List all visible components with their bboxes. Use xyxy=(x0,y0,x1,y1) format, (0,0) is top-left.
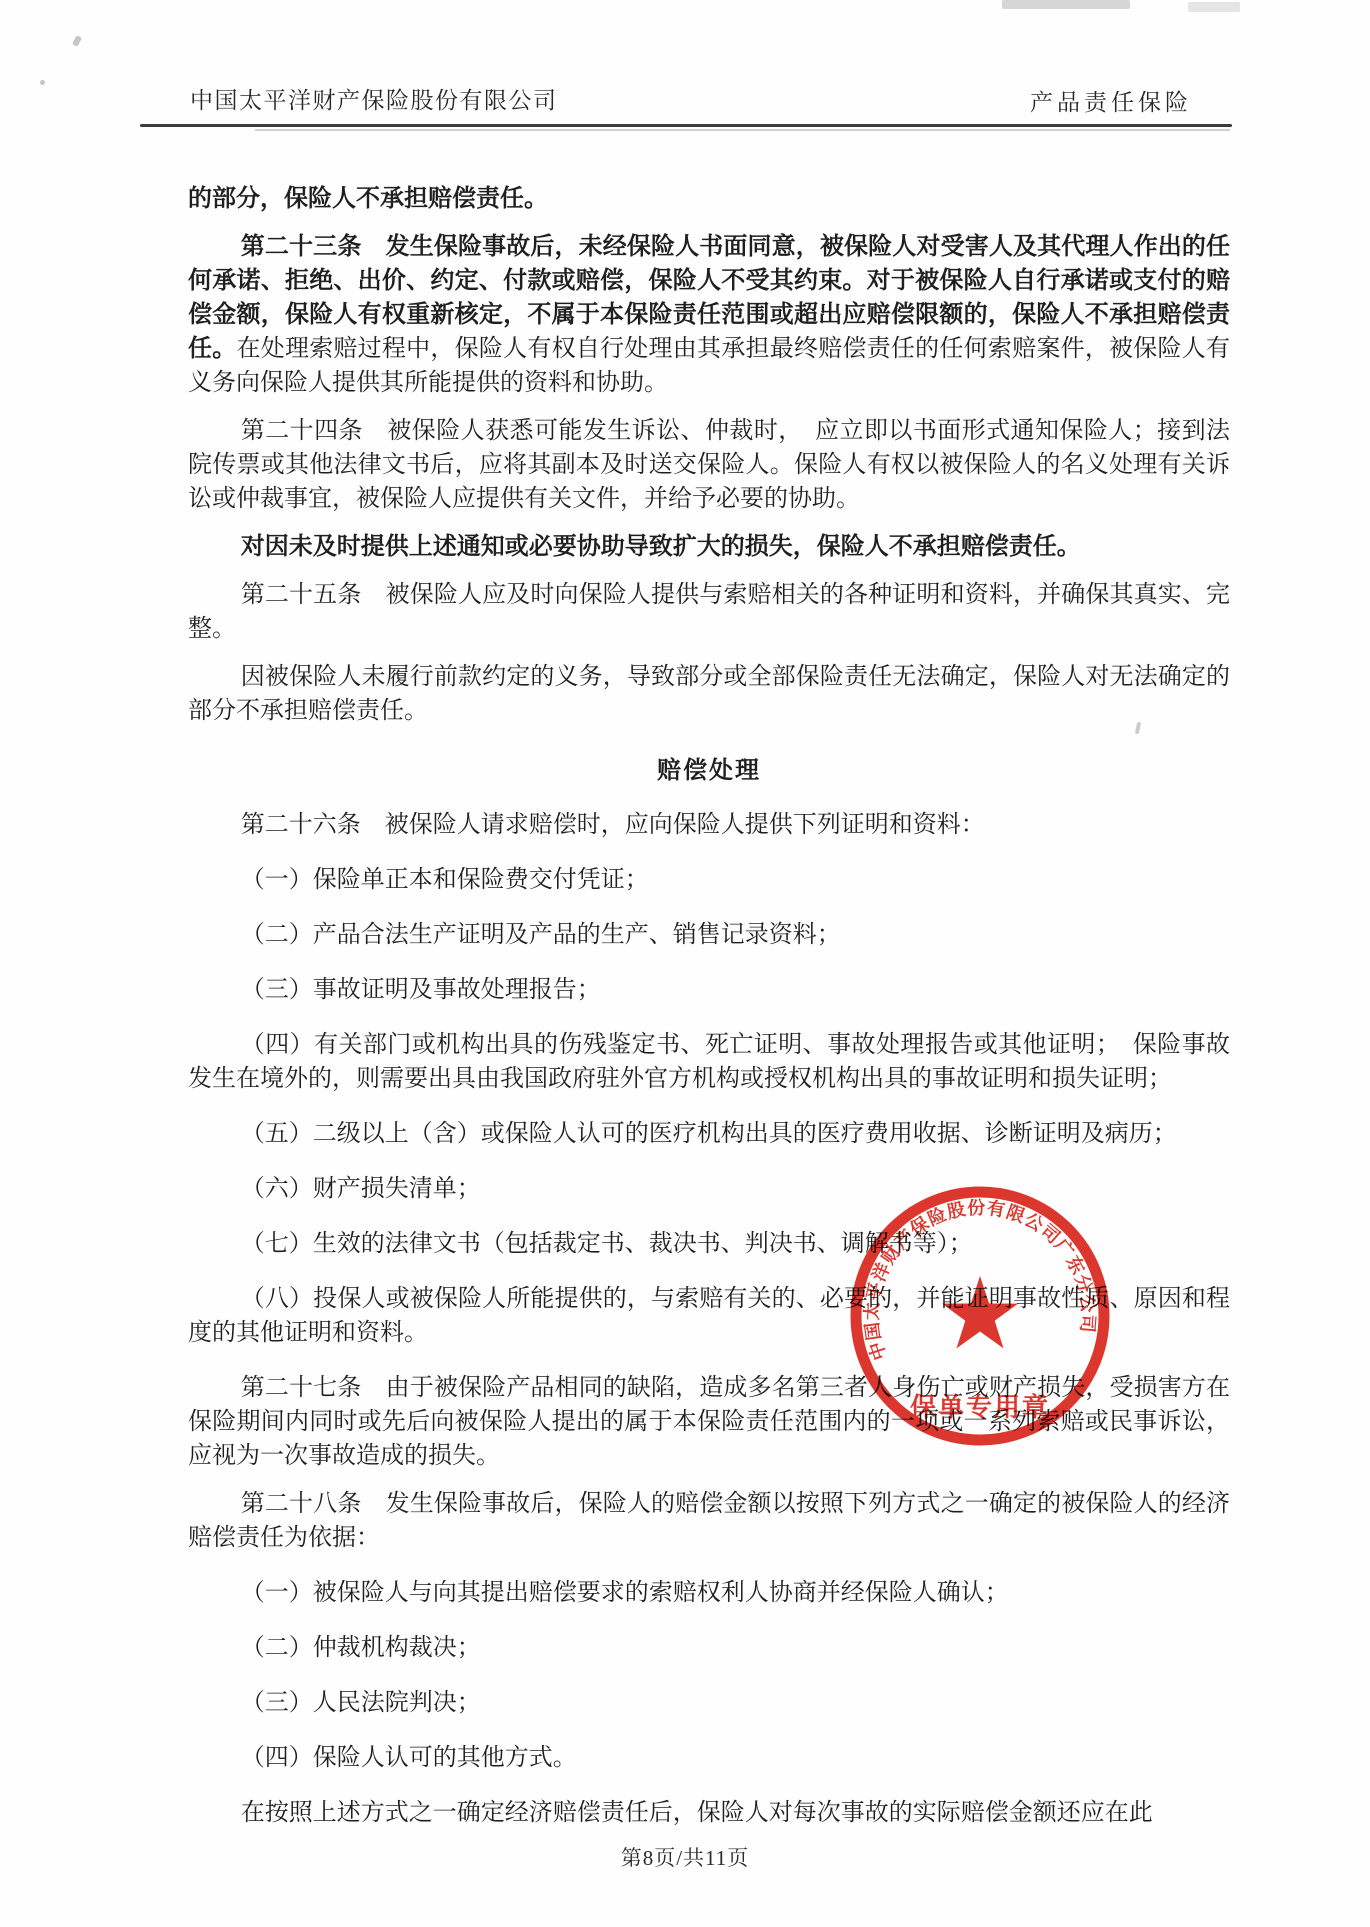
clause-continuation: 的部分，保险人不承担赔偿责任。 xyxy=(188,182,1230,216)
header-rule xyxy=(140,124,1232,127)
article-26-item-3: （三）事故证明及事故处理报告； xyxy=(188,973,1230,1007)
scan-artifact xyxy=(1002,0,1130,9)
page-number: 第8页/共11页 xyxy=(621,1846,750,1870)
article-23: 第二十三条 发生保险事故后，未经保险人书面同意，被保险人对受害人及其代理人作出的… xyxy=(188,230,1230,400)
late-notice-clause: 对因未及时提供上述通知或必要协助导致扩大的损失，保险人不承担赔偿责任。 xyxy=(188,530,1230,564)
article-26-item-8: （八）投保人或被保险人所能提供的，与索赔有关的、必要的，并能证明事故性质、原因和… xyxy=(188,1282,1230,1350)
document-body: 的部分，保险人不承担赔偿责任。第二十三条 发生保险事故后，未经保险人书面同意，被… xyxy=(188,168,1230,1844)
article-25-second-clause: 因被保险人未履行前款约定的义务，导致部分或全部保险责任无法确定，保险人对无法确定… xyxy=(188,660,1230,728)
document-page: 中国太平洋财产保险股份有限公司 产品责任保险 的部分，保险人不承担赔偿责任。第二… xyxy=(0,0,1370,1927)
article-26: 第二十六条 被保险人请求赔偿时，应向保险人提供下列证明和资料： xyxy=(188,808,1230,842)
scan-artifact xyxy=(40,80,45,85)
article-26-item-2: （二）产品合法生产证明及产品的生产、销售记录资料； xyxy=(188,918,1230,952)
article-26-item-4: （四）有关部门或机构出具的伤残鉴定书、死亡证明、事故处理报告或其他证明； 保险事… xyxy=(188,1028,1230,1096)
header-rule-scan-echo xyxy=(255,129,1230,131)
article-26-item-7: （七）生效的法律文书（包括裁定书、裁决书、判决书、调解书等）； xyxy=(188,1227,1230,1261)
article-25: 第二十五条 被保险人应及时向保险人提供与索赔相关的各种证明和资料，并确保其真实、… xyxy=(188,578,1230,646)
page-footer: 第8页/共11页 xyxy=(0,1842,1370,1872)
section-heading-claims-handling: 赔偿处理 xyxy=(188,754,1230,788)
article-28: 第二十八条 发生保险事故后，保险人的赔偿金额以按照下列方式之一确定的被保险人的经… xyxy=(188,1487,1230,1555)
article-28-item-3: （三）人民法院判决； xyxy=(188,1686,1230,1720)
closing-clause: 在按照上述方式之一确定经济赔偿责任后，保险人对每次事故的实际赔偿金额还应在此 xyxy=(188,1796,1230,1830)
header-product-name: 产品责任保险 xyxy=(1030,84,1192,117)
article-28-item-1: （一）被保险人与向其提出赔偿要求的索赔权利人协商并经保险人确认； xyxy=(188,1576,1230,1610)
scan-artifact xyxy=(72,35,82,47)
header-company-name: 中国太平洋财产保险股份有限公司 xyxy=(190,82,558,115)
article-28-item-4: （四）保险人认可的其他方式。 xyxy=(188,1741,1230,1775)
article-28-item-2: （二）仲裁机构裁决； xyxy=(188,1631,1230,1665)
article-24: 第二十四条 被保险人获悉可能发生诉讼、仲裁时， 应立即以书面形式通知保险人；接到… xyxy=(188,414,1230,516)
article-26-item-5: （五）二级以上（含）或保险人认可的医疗机构出具的医疗费用收据、诊断证明及病历； xyxy=(188,1117,1230,1151)
article-26-item-1: （一）保险单正本和保险费交付凭证； xyxy=(188,863,1230,897)
scan-artifact xyxy=(1188,2,1240,12)
article-27: 第二十七条 由于被保险产品相同的缺陷，造成多名第三者人身伤亡或财产损失，受损害方… xyxy=(188,1371,1230,1473)
article-26-item-6: （六）财产损失清单； xyxy=(188,1172,1230,1206)
